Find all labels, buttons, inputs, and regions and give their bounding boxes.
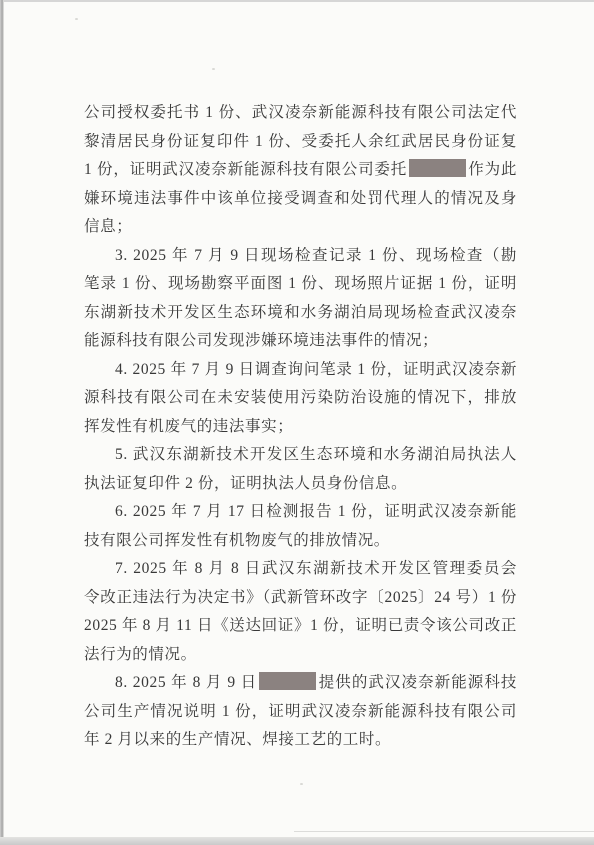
paragraph-item-5: 5. 武汉东湖新技术开发区生态环境和水务湖泊局执法人员执法证复印件 2 份，证明…: [84, 441, 517, 498]
page-curl-line: [294, 831, 594, 832]
scan-speck: [212, 68, 215, 70]
text-line: 信息；: [84, 213, 517, 242]
paragraph-item-6: 6. 2025 年 7 月 17 日检测报告 1 份，证明武汉凌奈新能源科技有限…: [84, 498, 517, 555]
redaction-box: [259, 672, 316, 690]
text-line: 执法证复印件 2 份，证明执法人员身份信息。: [84, 470, 517, 499]
text-line: 挥发性有机废气的违法事实；: [84, 413, 517, 442]
paragraph-item-4: 4. 2025 年 7 月 9 日调查询问笔录 1 份，证明武汉凌奈新能源科技有…: [84, 356, 517, 442]
scan-speck: [300, 783, 303, 785]
text-line: 5. 武汉东湖新技术开发区生态环境和水务湖泊局执法人员: [84, 441, 517, 470]
document-text-block: 公司授权委托书 1 份、武汉凌奈新能源科技有限公司法定代表人黎清居民身份证复印件…: [84, 99, 517, 755]
text-line: 7. 2025 年 8 月 8 日武汉东湖新技术开发区管理委员会《责: [84, 555, 517, 584]
text-line: 嫌环境违法事件中该单位接受调查和处罚代理人的情况及身份: [84, 185, 517, 214]
text-line: 笔录 1 份、现场勘察平面图 1 份、现场照片证据 1 份，证明武汉: [84, 270, 517, 299]
scan-edge-bottom: [0, 837, 594, 845]
paragraph-item-2-continuation: 公司授权委托书 1 份、武汉凌奈新能源科技有限公司法定代表人黎清居民身份证复印件…: [84, 99, 517, 242]
paragraph-item-7: 7. 2025 年 8 月 8 日武汉东湖新技术开发区管理委员会《责令改正违法行…: [84, 555, 517, 669]
text-line: 8. 2025 年 8 月 9 日提供的武汉凌奈新能源科技有限: [84, 669, 517, 698]
text-line: 公司授权委托书 1 份、武汉凌奈新能源科技有限公司法定代表人: [84, 99, 517, 128]
scan-edge-left: [0, 0, 4, 845]
text-line: 黎清居民身份证复印件 1 份、受委托人余红武居民身份证复印件: [84, 128, 517, 157]
text-line: 技有限公司挥发性有机物废气的排放情况。: [84, 527, 517, 556]
text-line: 令改正违法行为决定书》（武新管环改字〔2025〕24 号）1 份及: [84, 584, 517, 613]
text-line: 3. 2025 年 7 月 9 日现场检查记录 1 份、现场检查（勘察）: [84, 242, 517, 271]
text-line: 公司生产情况说明 1 份，证明武汉凌奈新能源科技有限公司 2024: [84, 698, 517, 727]
text-line: 法行为的情况。: [84, 641, 517, 670]
text-line: 东湖新技术开发区生态环境和水务湖泊局现场检查武汉凌奈新: [84, 299, 517, 328]
redaction-box: [409, 159, 466, 177]
text-line: 源科技有限公司在未安装使用污染防治设施的情况下，排放含有: [84, 384, 517, 413]
text-line: 6. 2025 年 7 月 17 日检测报告 1 份，证明武汉凌奈新能源科: [84, 498, 517, 527]
paragraph-item-8: 8. 2025 年 8 月 9 日提供的武汉凌奈新能源科技有限公司生产情况说明 …: [84, 669, 517, 755]
text-line: 1 份，证明武汉凌奈新能源科技有限公司委托作为此次涉: [84, 156, 517, 185]
scan-speck: [75, 18, 78, 20]
scanned-document-page: 公司授权委托书 1 份、武汉凌奈新能源科技有限公司法定代表人黎清居民身份证复印件…: [0, 0, 594, 845]
scan-edge-top: [0, 0, 594, 2]
text-line: 年 2 月以来的生产情况、焊接工艺的工时。: [84, 726, 517, 755]
paragraph-item-3: 3. 2025 年 7 月 9 日现场检查记录 1 份、现场检查（勘察）笔录 1…: [84, 242, 517, 356]
text-line: 能源科技有限公司发现涉嫌环境违法事件的情况；: [84, 327, 517, 356]
text-line: 2025 年 8 月 11 日《送达回证》1 份，证明已责令该公司改正违: [84, 612, 517, 641]
text-line: 4. 2025 年 7 月 9 日调查询问笔录 1 份，证明武汉凌奈新能: [84, 356, 517, 385]
